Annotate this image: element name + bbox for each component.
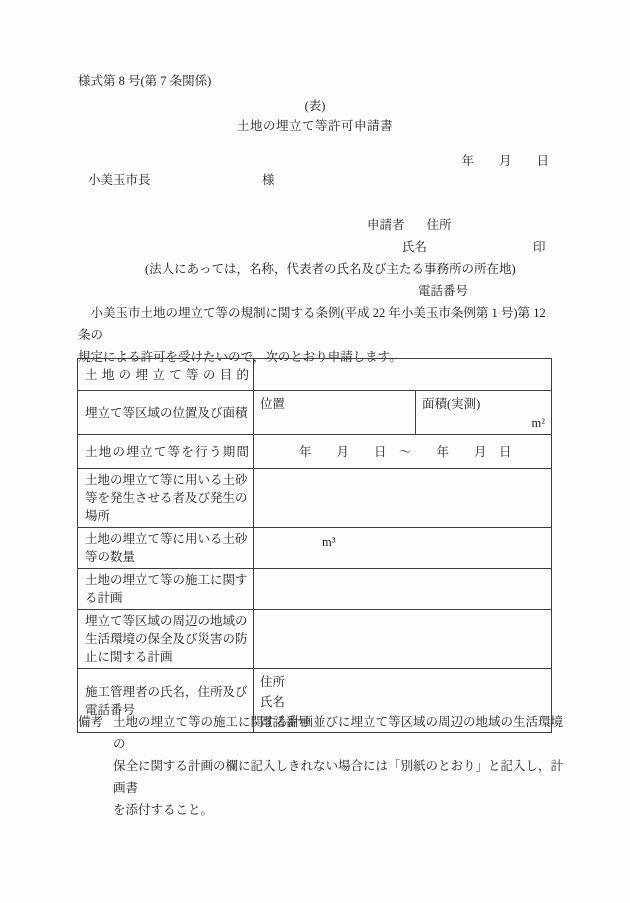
addressee-line: 小美玉市長 様 [88,169,388,191]
table-row-period: 土地の埋立て等を行う期間 年 月 日 ～ 年 月 日 [78,435,552,469]
remarks-section: 備考 土地の埋立て等の施工に関する計画並びに埋立て等区域の周辺の地域の生活環境の… [78,711,564,821]
row-soil-source-label: 土地の埋立て等に用いる土砂等を発生させる者及び発生の場所 [78,469,254,528]
volume-unit: m³ [254,528,552,569]
manager-address-label: 住所 [260,672,551,692]
corporate-note: (法人にあっては，名称，代表者の氏名及び主たる事務所の所在地) [145,258,516,280]
applicant-phone-label: 電話番号 [418,280,468,302]
remarks-line-1: 土地の埋立て等の施工に関する計画並びに埋立て等区域の周辺の地域の生活環境の [113,711,564,755]
area-unit: m² [422,414,545,432]
form-number: 様式第 8 号(第 7 条関係) [78,70,211,92]
application-table: 土地の埋立て等の目的 埋立て等区域の位置及び面積 位置 面積(実測) m² 土地… [77,358,552,733]
row-soil-source-value-cell [254,469,552,528]
table-row-soil-quantity: 土地の埋立て等に用いる土砂等の数量 m³ [78,528,552,569]
row-construction-plan-label: 土地の埋立て等の施工に関する計画 [78,569,254,610]
page-title: 土地の埋立て等許可申請書 [0,115,630,137]
table-row-soil-source: 土地の埋立て等に用いる土砂等を発生させる者及び発生の場所 [78,469,552,528]
applicant-address-line: 申請者住所 [367,214,452,236]
table-row-construction-plan: 土地の埋立て等の施工に関する計画 [78,569,552,610]
period-placeholder: 年 月 日 ～ 年 月 日 [254,435,552,469]
row-purpose-label: 土地の埋立て等の目的 [78,359,254,391]
row-environment-plan-label: 埋立て等区域の周辺の地域の生活環境の保全及び災害の防止に関する計画 [78,610,254,669]
side-label: (表) [0,95,630,117]
row-period-label: 土地の埋立て等を行う期間 [78,435,254,469]
table-row-purpose: 土地の埋立て等の目的 [78,359,552,391]
row-construction-plan-value-cell [254,569,552,610]
area-label: 面積(実測) [422,395,545,413]
date-placeholder: 年 月 日 [461,150,549,172]
location-cell: 位置 [254,391,416,435]
area-cell: 面積(実測) m² [416,391,552,435]
applicant-label: 申請者 [367,218,405,232]
addressee-name: 小美玉市長 [88,173,151,187]
applicant-name-line: 氏名 印 [402,236,582,258]
manager-name-label: 氏名 [260,692,551,712]
table-row-location-area: 埋立て等区域の位置及び面積 位置 面積(実測) m² [78,391,552,435]
remarks-line-2: 保全に関する計画の欄に記入しきれない場合には「別紙のとおり」と記入し，計画書 [113,755,564,799]
row-environment-plan-value-cell [254,610,552,669]
seal-mark: 印 [533,236,546,258]
intro-line-1: 小美玉市土地の埋立て等の規制に関する条例(平成 22 年小美玉市条例第 1 号)… [78,302,558,346]
remarks-line-3: を添付すること。 [113,799,564,821]
table-row-environment-plan: 埋立て等区域の周辺の地域の生活環境の保全及び災害の防止に関する計画 [78,610,552,669]
remarks-body: 土地の埋立て等の施工に関する計画並びに埋立て等区域の周辺の地域の生活環境の 保全… [113,711,564,821]
remarks-label: 備考 [78,711,113,821]
addressee-honorific: 様 [262,169,275,191]
row-soil-quantity-label: 土地の埋立て等に用いる土砂等の数量 [78,528,254,569]
row-purpose-value-cell [254,359,552,391]
application-form-page: 様式第 8 号(第 7 条関係) (表) 土地の埋立て等許可申請書 年 月 日 … [0,0,630,903]
row-location-area-label: 埋立て等区域の位置及び面積 [78,391,254,435]
applicant-address-label: 住所 [427,218,452,232]
applicant-name-label: 氏名 [402,240,427,254]
